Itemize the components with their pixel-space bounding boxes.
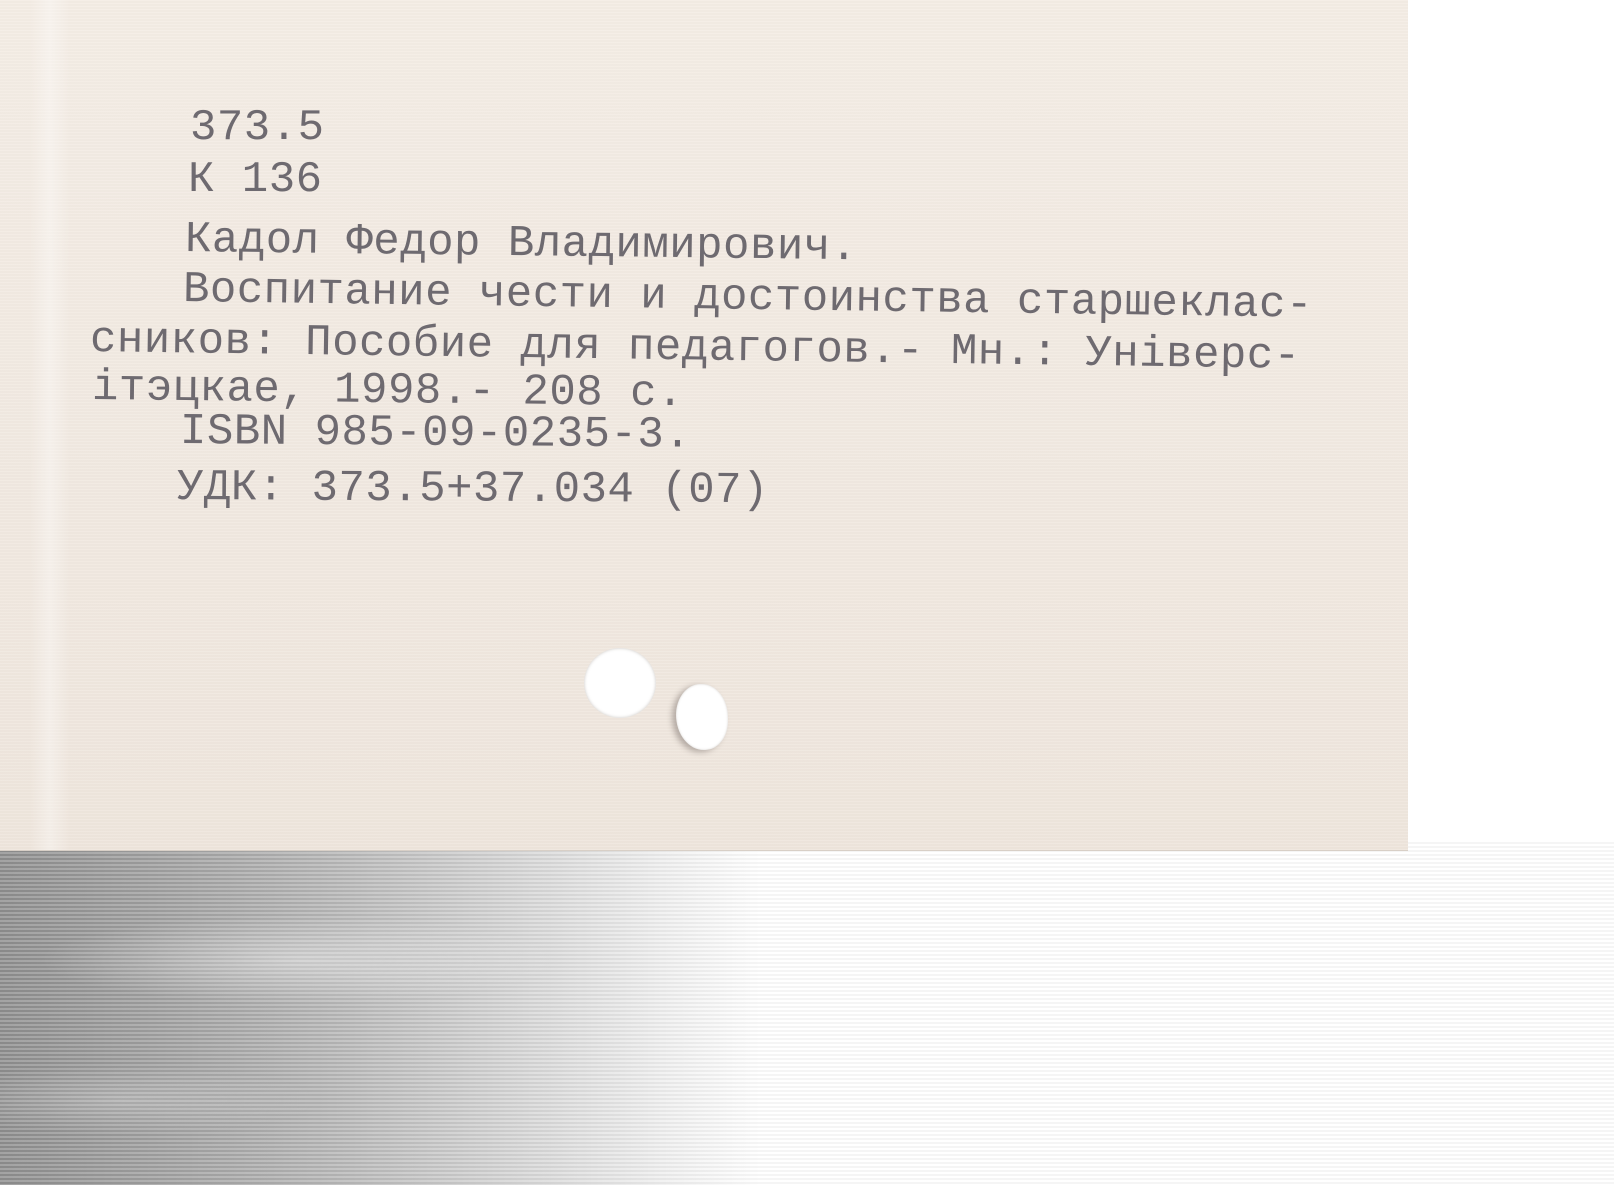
author-name: Кадол Федор Владимирович. — [185, 218, 858, 270]
library-catalog-card: 373.5 К 136 Кадол Федор Владимирович. Во… — [0, 0, 1408, 850]
punch-hole-torn — [676, 684, 728, 750]
punch-hole — [584, 648, 656, 718]
author-mark: К 136 — [188, 158, 323, 202]
udc-code: УДК: 373.5+37.034 (07) — [177, 466, 769, 513]
scanner-bed — [0, 840, 1614, 1185]
isbn: ISBN 985-09-0235-3. — [180, 410, 691, 458]
classification-number: 373.5 — [190, 106, 325, 150]
